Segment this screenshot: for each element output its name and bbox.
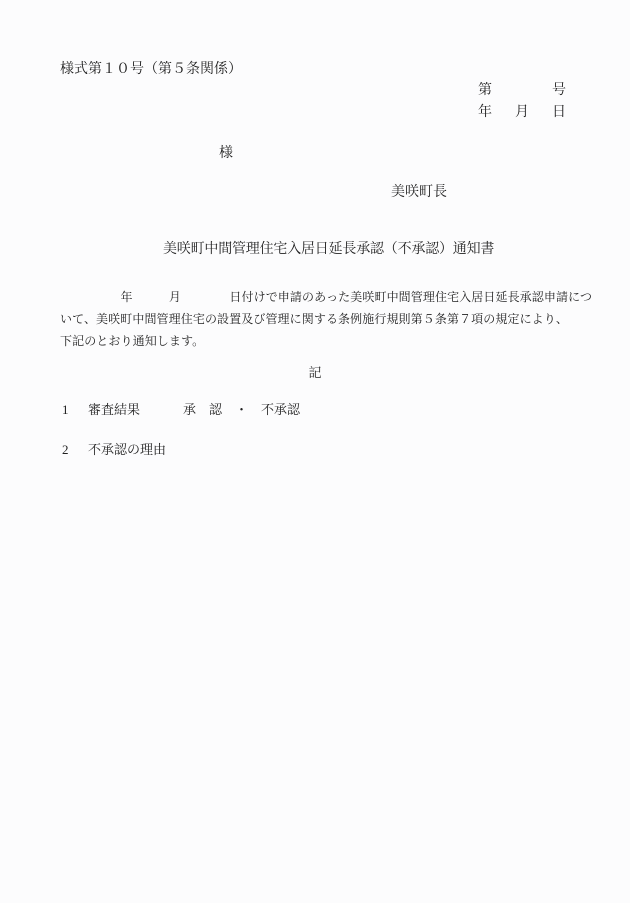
form-number: 様式第１０号（第５条関係） <box>60 62 242 79</box>
item-2-label: 不承認の理由 <box>88 442 166 458</box>
doc-number-suffix: 号 <box>552 83 566 100</box>
item-1-number: 1 <box>62 402 88 418</box>
document-title: 美咲町中間管理住宅入居日延長承認（不承認）通知書 <box>163 242 494 259</box>
item-row-disapproval-reason: 2 不承認の理由 <box>62 442 209 458</box>
date-year-label: 年 <box>478 105 492 122</box>
body-paragraph: 年 月 日付けで申請のあった美咲町中間管理住宅入居日延長承認申請につ いて、美咲… <box>60 286 590 352</box>
body-line-3: 下記のとおり通知します。 <box>60 330 590 352</box>
date-line: 年 月 日 <box>478 105 566 122</box>
document-page: 様式第１０号（第５条関係） 第 号 年 月 日 様 美咲町長 美咲町中間管理住宅… <box>0 0 630 903</box>
doc-number-prefix: 第 <box>478 83 492 100</box>
date-month-label: 月 <box>515 105 529 122</box>
record-marker: 記 <box>0 365 630 381</box>
item-1-value: 承 認 ・ 不承認 <box>183 402 300 418</box>
item-2-number: 2 <box>62 442 88 458</box>
body-line-1: 年 月 日付けで申請のあった美咲町中間管理住宅入居日延長承認申請につ <box>60 286 590 308</box>
item-row-review-result: 1 審査結果 承 認 ・ 不承認 <box>62 402 300 418</box>
doc-number-line: 第 号 <box>478 83 566 100</box>
body-line-2: いて、美咲町中間管理住宅の設置及び管理に関する条例施行規則第５条第７項の規定によ… <box>60 308 590 330</box>
date-day-label: 日 <box>552 105 566 122</box>
recipient-honorific: 様 <box>219 146 233 163</box>
sender-name: 美咲町長 <box>391 185 447 202</box>
item-1-label: 審査結果 <box>88 402 140 418</box>
